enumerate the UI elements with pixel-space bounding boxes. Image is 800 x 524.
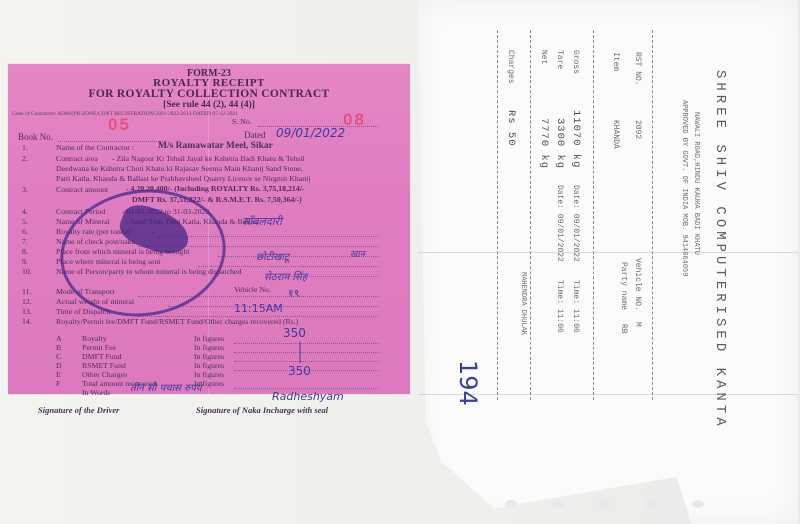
charges-label: Charges bbox=[506, 50, 515, 84]
handwritten-in-words: तीन सौ पचास रुपये bbox=[130, 380, 202, 394]
charge-code: E bbox=[56, 370, 61, 379]
charge-in-figures: In figures bbox=[194, 343, 224, 352]
book-no-line bbox=[58, 141, 163, 142]
operator-name: MAHENDRA DHULAK bbox=[519, 272, 527, 335]
weighbridge-slip bbox=[418, 0, 798, 524]
handwritten-from-place: खान bbox=[350, 247, 365, 260]
field-num: 10. bbox=[22, 267, 32, 276]
field-num: 11. bbox=[22, 287, 31, 296]
fill-line bbox=[234, 361, 378, 362]
charge-in-figures: In figures bbox=[194, 361, 224, 370]
field-num: 5. bbox=[22, 217, 28, 226]
in-words-label: In Words bbox=[82, 388, 110, 397]
charge-in-figures: In figures bbox=[194, 370, 224, 379]
gross-weight: 11070 kg bbox=[570, 110, 582, 168]
handwritten-checkpost: साँवलदारी bbox=[242, 214, 282, 229]
form-subtitle: FOR ROYALTY COLLECTION CONTRACT bbox=[8, 88, 410, 100]
field-num: 8. bbox=[22, 247, 28, 256]
net-label: Net bbox=[539, 50, 548, 64]
paper-crease bbox=[418, 252, 798, 253]
fill-line bbox=[234, 388, 378, 389]
handwritten-sent-to: छोटीखाटू bbox=[256, 249, 289, 263]
field-recovered-label: Royalty/Permit fee/DMFT Fund/RSMET Fund/… bbox=[56, 317, 298, 326]
rule-reference: [See rule 44 (2), 44 (4)] bbox=[8, 100, 410, 110]
field-num: 12. bbox=[22, 297, 32, 306]
field-area-label: Contract area bbox=[56, 154, 98, 163]
feed-hole bbox=[692, 500, 704, 508]
charge-code: D bbox=[56, 361, 62, 370]
charge-other-label: Other Charges bbox=[82, 370, 127, 379]
charges-value: Rs 50 bbox=[505, 110, 517, 147]
fill-line bbox=[234, 343, 378, 344]
driver-signature-label: Signature of the Driver bbox=[38, 405, 119, 415]
field-amount-label: Contract amount bbox=[56, 185, 108, 194]
field-area-value-3: Patti Katla, Khanda & Ballast ke Prabhav… bbox=[56, 174, 310, 183]
field-area-value: - Zila Nagour Ki Tehsil Jayal ke Kshetra… bbox=[112, 154, 305, 163]
party-name-label: Party name bbox=[619, 262, 628, 310]
item-value: KHANDA bbox=[611, 120, 620, 149]
feed-hole bbox=[505, 500, 517, 508]
s-no-label: S. No. bbox=[232, 117, 252, 126]
charge-in-figures: In figures bbox=[194, 352, 224, 361]
gross-date: Date: 09/01/2022 bbox=[571, 185, 580, 262]
feed-hole bbox=[552, 500, 564, 508]
fill-line bbox=[234, 352, 378, 353]
vehicle-no-value: M bbox=[633, 322, 642, 327]
dashed-separator bbox=[530, 30, 531, 400]
net-weight: 7770 kg bbox=[538, 118, 550, 169]
naka-signature-label: Signature of Naka Incharge with seal bbox=[196, 405, 328, 415]
field-contractor-value: M/s Ramawatar Meel, Sikar bbox=[158, 141, 273, 151]
charge-permit-label: Permit Fee bbox=[82, 343, 116, 352]
tare-time: Time: 11:06 bbox=[555, 280, 564, 333]
book-number: 05 bbox=[108, 115, 131, 135]
field-num: 6. bbox=[22, 227, 28, 236]
field-vehicle-label: Vehicle No. bbox=[234, 285, 271, 294]
field-num: 9. bbox=[22, 257, 28, 266]
party-name-value: RB bbox=[619, 324, 628, 334]
feed-hole bbox=[645, 500, 657, 508]
vehicle-no-label: Vehicle NO. bbox=[633, 258, 642, 311]
book-no-label: Book No. bbox=[18, 132, 53, 142]
charge-royalty-label: Royalty bbox=[82, 334, 107, 343]
field-num: 7. bbox=[22, 237, 28, 246]
charge-code: C bbox=[56, 352, 61, 361]
field-area-value-2: Deedwana ke Kshetra Choti Khatu ki Rajas… bbox=[56, 164, 303, 173]
serial-number: 08 bbox=[343, 110, 366, 130]
field-num: 13. bbox=[22, 307, 32, 316]
slip-address: NAWALI ROAD,HINDU KAUHA BADI KHATU bbox=[692, 112, 700, 255]
charge-code: A bbox=[56, 334, 62, 343]
dashed-separator bbox=[593, 30, 594, 400]
dated-label: Dated bbox=[244, 130, 266, 140]
dated-value: 09/01/2022 bbox=[276, 126, 345, 140]
slip-company-name: SHREE SHIV COMPUTERISED KANTA bbox=[712, 70, 728, 430]
handwritten-vehicle: १९ bbox=[288, 286, 299, 301]
charge-dmft-label: DMFT Fund bbox=[82, 352, 122, 361]
feed-hole bbox=[598, 500, 610, 508]
gross-time: Time: 11:06 bbox=[571, 280, 580, 333]
field-num: 2. bbox=[22, 154, 28, 163]
rst-no-label: RST NO. bbox=[633, 52, 642, 86]
charge-code: F bbox=[56, 379, 60, 388]
dashed-separator bbox=[652, 30, 653, 400]
dashed-separator bbox=[497, 30, 498, 400]
tare-date: Date: 09/01/2022 bbox=[555, 185, 564, 262]
field-contractor-label: Name of the Contractor : bbox=[56, 143, 134, 152]
handwritten-slip-number: 194 bbox=[454, 360, 482, 406]
rst-no-value: 2092 bbox=[633, 120, 642, 139]
item-label: Item bbox=[611, 52, 620, 71]
handwritten-time: 11:15AM bbox=[234, 302, 283, 315]
naka-handwritten-signature: Radheshyam bbox=[272, 390, 344, 403]
handwritten-party: सेठराम सिंह bbox=[264, 269, 307, 283]
charge-in-figures: In figures bbox=[194, 334, 224, 343]
tare-weight: 3300 kg bbox=[554, 118, 566, 169]
charge-royalty-amount: 350 bbox=[283, 326, 306, 340]
field-num: 3. bbox=[22, 185, 28, 194]
charge-other-amount: 350 bbox=[288, 364, 311, 378]
slip-approval: APPROVED BY GOVT. OF INDIA MOB. 94148640… bbox=[680, 100, 688, 276]
field-num: 4. bbox=[22, 207, 28, 216]
field-num: 1. bbox=[22, 143, 28, 152]
field-num: 14. bbox=[22, 317, 32, 326]
charge-rsmet-label: RSMET Fund bbox=[82, 361, 126, 370]
gross-label: Gross bbox=[571, 50, 580, 74]
charge-dmft-amount: | bbox=[298, 349, 302, 363]
tare-label: Tare bbox=[555, 50, 564, 69]
charge-code: B bbox=[56, 343, 61, 352]
